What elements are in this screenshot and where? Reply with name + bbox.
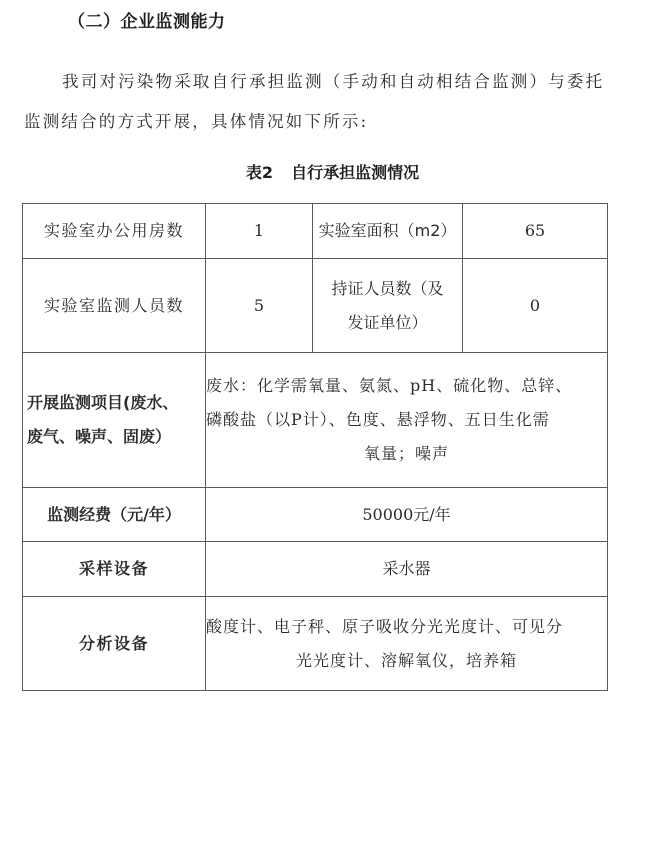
paragraph-line-2: 监测结合的方式开展，具体情况如下所示: [24,108,368,132]
self-monitoring-table: 实验室办公用房数 1 实验室面积（m2） 65 实验室监测人员数 5 持证人员数… [22,203,608,691]
analysis-equipment-label: 分析设备 [23,597,206,691]
lab-office-rooms-value: 1 [206,204,313,259]
monitoring-budget-label: 监测经费（元/年） [23,488,206,542]
monitoring-items-line-2: 磷酸盐（以P计）、色度、悬浮物、五日生化需 [206,403,607,437]
monitoring-budget-value: 50000元/年 [206,488,608,542]
table-row: 实验室监测人员数 5 持证人员数（及 发证单位） 0 [23,259,608,353]
lab-staff-label: 实验室监测人员数 [23,259,206,353]
analysis-equipment-line-1: 酸度计、电子秤、原子吸收分光光度计、可见分 [206,610,607,644]
analysis-equipment-line-2: 光光度计、溶解氧仪，培养箱 [206,644,607,678]
sampling-equipment-label: 采样设备 [23,542,206,597]
section-heading: （二）企业监测能力 [68,7,226,32]
monitoring-items-label-line-2: 废气、噪声、固废） [27,420,205,454]
table-row: 开展监测项目(废水、 废气、噪声、固废） 废水：化学需氧量、氨氮、pH、硫化物、… [23,353,608,488]
table-caption: 表2自行承担监测情况 [0,160,665,183]
paragraph-line-1: 我司对污染物采取自行承担监测（手动和自动相结合监测）与委托 [62,68,604,92]
certified-staff-label: 持证人员数（及 发证单位） [313,259,463,353]
table-caption-title: 自行承担监测情况 [291,163,419,182]
certified-staff-label-line-2: 发证单位） [313,306,462,340]
monitoring-items-label: 开展监测项目(废水、 废气、噪声、固废） [23,353,206,488]
monitoring-items-label-line-1: 开展监测项目(废水、 [27,386,205,420]
monitoring-items-line-3: 氧量；噪声 [206,437,607,471]
monitoring-items-value: 废水：化学需氧量、氨氮、pH、硫化物、总锌、 磷酸盐（以P计）、色度、悬浮物、五… [206,353,608,488]
table-row: 实验室办公用房数 1 实验室面积（m2） 65 [23,204,608,259]
table-row: 监测经费（元/年） 50000元/年 [23,488,608,542]
certified-staff-label-line-1: 持证人员数（及 [313,272,462,306]
lab-office-rooms-label: 实验室办公用房数 [23,204,206,259]
certified-staff-value: 0 [463,259,608,353]
sampling-equipment-value: 采水器 [206,542,608,597]
lab-area-label: 实验室面积（m2） [313,204,463,259]
lab-area-value: 65 [463,204,608,259]
analysis-equipment-value: 酸度计、电子秤、原子吸收分光光度计、可见分 光光度计、溶解氧仪，培养箱 [206,597,608,691]
lab-staff-value: 5 [206,259,313,353]
monitoring-items-line-1: 废水：化学需氧量、氨氮、pH、硫化物、总锌、 [206,369,607,403]
table-row: 采样设备 采水器 [23,542,608,597]
table-row: 分析设备 酸度计、电子秤、原子吸收分光光度计、可见分 光光度计、溶解氧仪，培养箱 [23,597,608,691]
table-caption-number: 表2 [246,163,273,182]
